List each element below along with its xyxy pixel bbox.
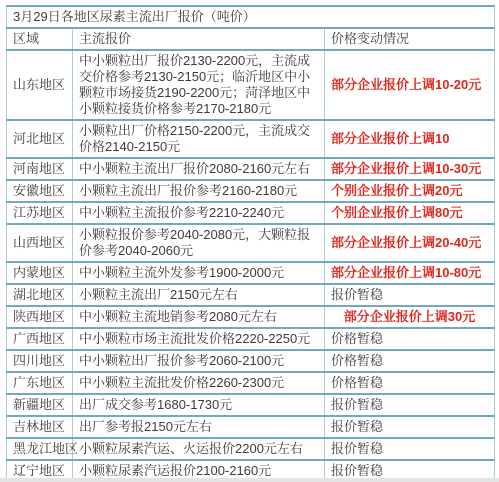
table-row: 广东地区 中小颗粒主流批发价格2260-2300元 价格暂稳: [7, 372, 495, 394]
table-row: 陕西地区 中小颗粒主流地销参考2080元左右 部分企业报价上调30元: [7, 306, 495, 328]
region-label: 内蒙地区: [7, 262, 73, 284]
quote-text: 小颗粒出厂价格2150-2200元，主流成交价格2140-2150元: [73, 120, 325, 158]
change-text: 报价暂稳: [325, 416, 495, 438]
quote-text: 小颗粒报价参考2040-2080元，大颗粒报价参考2040-2060元: [73, 224, 325, 262]
change-text: 报价暂稳: [325, 394, 495, 416]
quote-text: 小颗粒尿素汽运、火运报价2200元左右: [73, 438, 325, 460]
quote-text: 小颗粒主流出厂2150元左右: [73, 284, 325, 306]
region-label: 吉林地区: [7, 416, 73, 438]
bottom-gray-strip: [0, 478, 499, 482]
table-row: 山西地区 小颗粒报价参考2040-2080元，大颗粒报价参考2040-2060元…: [7, 224, 495, 262]
change-text: 部分企业报价上调10-30元: [325, 158, 495, 180]
quote-text: 中小颗粒主流批发价格2260-2300元: [73, 372, 325, 394]
table-row: 内蒙地区 中小颗粒主流外发参考1900-2000元 部分企业报价上调10-80元: [7, 262, 495, 284]
page: 3月29日各地区尿素主流出厂报价（吨价） 区域 主流报价 价格变动情况 山东地区…: [0, 0, 499, 482]
title-row: 3月29日各地区尿素主流出厂报价（吨价）: [7, 6, 495, 28]
change-text: 个别企业报价上调80元: [325, 202, 495, 224]
region-label: 河南地区: [7, 158, 73, 180]
region-label: 四川地区: [7, 350, 73, 372]
change-text: 部分企业报价上调10-80元: [325, 262, 495, 284]
table-row: 四川地区 中小颗粒出厂报价参考2060-2100元 价格暂稳: [7, 350, 495, 372]
region-label: 河北地区: [7, 120, 73, 158]
change-text: 部分企业报价上调30元: [325, 306, 495, 328]
change-text: 部分企业报价上调10: [325, 120, 495, 158]
change-text: 报价暂稳: [325, 284, 495, 306]
table-row: 安徽地区 小颗粒主流出厂报价参考2160-2180元 个别企业报价上调20元: [7, 180, 495, 202]
region-label: 江苏地区: [7, 202, 73, 224]
table-row: 湖北地区 小颗粒主流出厂2150元左右 报价暂稳: [7, 284, 495, 306]
quote-text: 中小颗粒出厂报价参考2060-2100元: [73, 350, 325, 372]
quote-text: 中小颗粒主流报价参考2210-2240元: [73, 202, 325, 224]
table-row: 吉林地区 出厂参考报2150元左右 报价暂稳: [7, 416, 495, 438]
table-row: 新疆地区 出厂成交参考1680-1730元 报价暂稳: [7, 394, 495, 416]
quote-text: 中小颗粒主流外发参考1900-2000元: [73, 262, 325, 284]
header-row: 区域 主流报价 价格变动情况: [7, 28, 495, 50]
region-label: 湖北地区: [7, 284, 73, 306]
region-label: 新疆地区: [7, 394, 73, 416]
table-row: 河南地区 中小颗粒主流出厂报价2080-2160元左右 部分企业报价上调10-3…: [7, 158, 495, 180]
region-label: 陕西地区: [7, 306, 73, 328]
region-label: 安徽地区: [7, 180, 73, 202]
table-row: 黑龙江地区 小颗粒尿素汽运、火运报价2200元左右 报价暂稳: [7, 438, 495, 460]
change-text: 部分企业报价上调20-40元: [325, 224, 495, 262]
change-text: 价格暂稳: [325, 328, 495, 350]
table-wrapper: 3月29日各地区尿素主流出厂报价（吨价） 区域 主流报价 价格变动情况 山东地区…: [0, 0, 499, 482]
table-row: 河北地区 小颗粒出厂价格2150-2200元，主流成交价格2140-2150元 …: [7, 120, 495, 158]
quote-text: 中小颗粒主流出厂报价2080-2160元左右: [73, 158, 325, 180]
urea-price-table: 3月29日各地区尿素主流出厂报价（吨价） 区域 主流报价 价格变动情况 山东地区…: [6, 5, 495, 482]
table-row: 江苏地区 中小颗粒主流报价参考2210-2240元 个别企业报价上调80元: [7, 202, 495, 224]
quote-text: 中小颗粒主流地销参考2080元左右: [73, 306, 325, 328]
quote-text: 出厂成交参考1680-1730元: [73, 394, 325, 416]
quote-text: 小颗粒主流出厂报价参考2160-2180元: [73, 180, 325, 202]
region-label: 广西地区: [7, 328, 73, 350]
quote-text: 中小颗粒出厂报价2130-2200元，主流成交价格参考2130-2150元；临沂…: [73, 50, 325, 120]
quote-text: 中小颗粒市场主流批发价格2220-2250元: [73, 328, 325, 350]
quote-text: 出厂参考报2150元左右: [73, 416, 325, 438]
change-text: 部分企业报价上调10-20元: [325, 50, 495, 120]
change-text: 价格暂稳: [325, 372, 495, 394]
change-text: 报价暂稳: [325, 438, 495, 460]
column-header-region: 区域: [7, 28, 73, 50]
column-header-quote: 主流报价: [73, 28, 325, 50]
table-row: 广西地区 中小颗粒市场主流批发价格2220-2250元 价格暂稳: [7, 328, 495, 350]
region-label: 广东地区: [7, 372, 73, 394]
region-label: 山东地区: [7, 50, 73, 120]
region-label: 黑龙江地区: [7, 438, 73, 460]
region-label: 山西地区: [7, 224, 73, 262]
column-header-change: 价格变动情况: [325, 28, 495, 50]
change-text: 个别企业报价上调20元: [325, 180, 495, 202]
table-row: 山东地区 中小颗粒出厂报价2130-2200元，主流成交价格参考2130-215…: [7, 50, 495, 120]
page-title: 3月29日各地区尿素主流出厂报价（吨价）: [7, 6, 495, 28]
change-text: 价格暂稳: [325, 350, 495, 372]
